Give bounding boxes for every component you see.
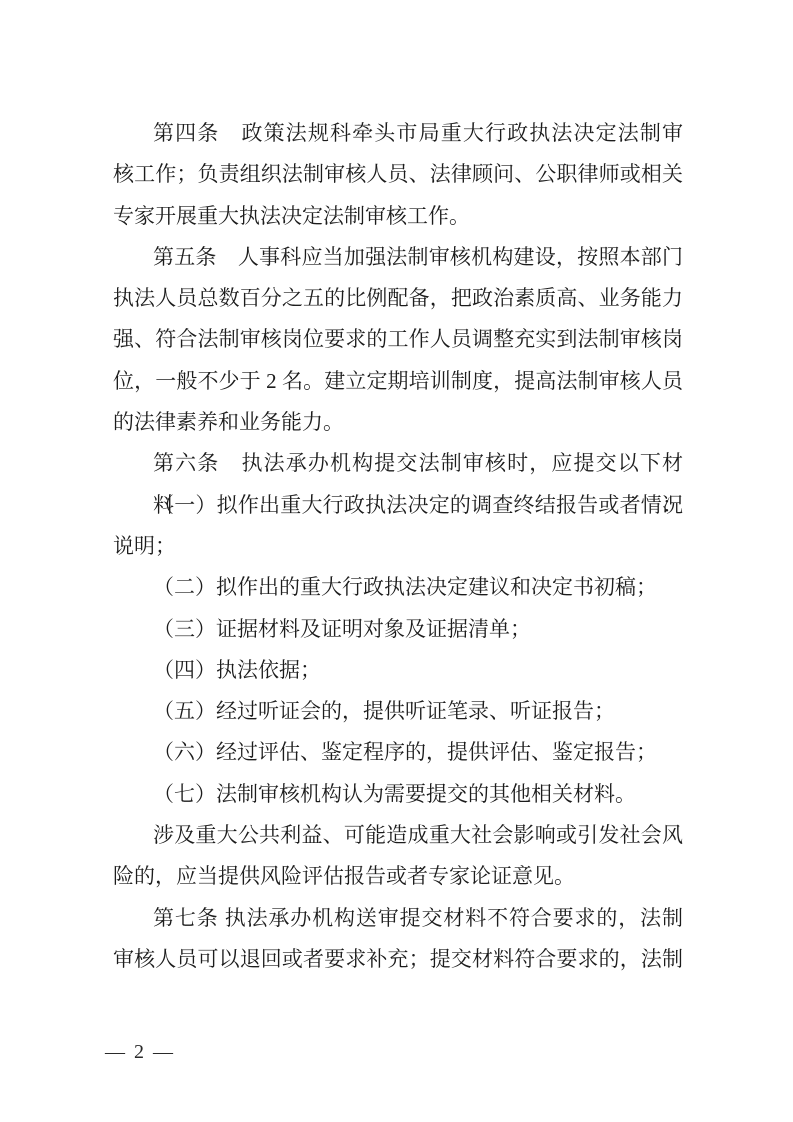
text-line: 专家开展重大执法决定法制审核工作。 [113,196,683,237]
text-line: 第六条 执法承办机构提交法制审核时，应提交以下材料： [113,443,683,484]
paragraph-article-6-item-3: （三）证据材料及证明对象及证据清单； [113,609,683,650]
text-line: 第四条 政策法规科牵头市局重大行政执法决定法制审 [113,113,683,154]
paragraph-article-5: 第五条 人事科应当加强法制审核机构建设，按照本部门执法人员总数百分之五的比例配备… [113,237,683,443]
text-line: （七）法制审核机构认为需要提交的其他相关材料。 [113,774,683,815]
paragraph-article-6-item-6: （六）经过评估、鉴定程序的，提供评估、鉴定报告； [113,732,683,773]
document-body: 第四条 政策法规科牵头市局重大行政执法决定法制审核工作；负责组织法制审核人员、法… [113,113,683,980]
text-line: （一）拟作出重大行政执法决定的调查终结报告或者情况 [113,485,683,526]
text-line: 核工作；负责组织法制审核人员、法律顾问、公职律师或相关 [113,154,683,195]
paragraph-article-4: 第四条 政策法规科牵头市局重大行政执法决定法制审核工作；负责组织法制审核人员、法… [113,113,683,237]
paragraph-article-6-item-2: （二）拟作出的重大行政执法决定建议和决定书初稿； [113,567,683,608]
text-line: 强、符合法制审核岗位要求的工作人员调整充实到法制审核岗 [113,319,683,360]
text-line: 涉及重大公共利益、可能造成重大社会影响或引发社会风 [113,815,683,856]
scanned-document-page: 第四条 政策法规科牵头市局重大行政执法决定法制审核工作；负责组织法制审核人员、法… [0,0,793,1122]
paragraph-article-6-item-5: （五）经过听证会的，提供听证笔录、听证报告； [113,691,683,732]
text-line: （五）经过听证会的，提供听证笔录、听证报告； [113,691,683,732]
paragraph-article-7: 第七条 执法承办机构送审提交材料不符合要求的，法制审核人员可以退回或者要求补充；… [113,898,683,981]
text-line: 审核人员可以退回或者要求补充；提交材料符合要求的，法制 [113,939,683,980]
paragraph-article-6-item-1: （一）拟作出重大行政执法决定的调查终结报告或者情况说明； [113,485,683,568]
text-line: （二）拟作出的重大行政执法决定建议和决定书初稿； [113,567,683,608]
text-line: （四）执法依据； [113,650,683,691]
text-line: 说明； [113,526,683,567]
paragraph-article-6: 第六条 执法承办机构提交法制审核时，应提交以下材料： [113,443,683,484]
text-line: 第七条 执法承办机构送审提交材料不符合要求的，法制 [113,898,683,939]
paragraph-article-6-item-4: （四）执法依据； [113,650,683,691]
text-line: 位，一般不少于 2 名。建立定期培训制度，提高法制审核人员 [113,361,683,402]
text-line: 执法人员总数百分之五的比例配备，把政治素质高、业务能力 [113,278,683,319]
text-line: （三）证据材料及证明对象及证据清单； [113,609,683,650]
paragraph-article-6-risk-note: 涉及重大公共利益、可能造成重大社会影响或引发社会风险的，应当提供风险评估报告或者… [113,815,683,898]
text-line: （六）经过评估、鉴定程序的，提供评估、鉴定报告； [113,732,683,773]
text-line: 险的，应当提供风险评估报告或者专家论证意见。 [113,856,683,897]
page-number: — 2 — [105,1040,175,1064]
text-line: 第五条 人事科应当加强法制审核机构建设，按照本部门 [113,237,683,278]
text-line: 的法律素养和业务能力。 [113,402,683,443]
paragraph-article-6-item-7: （七）法制审核机构认为需要提交的其他相关材料。 [113,774,683,815]
